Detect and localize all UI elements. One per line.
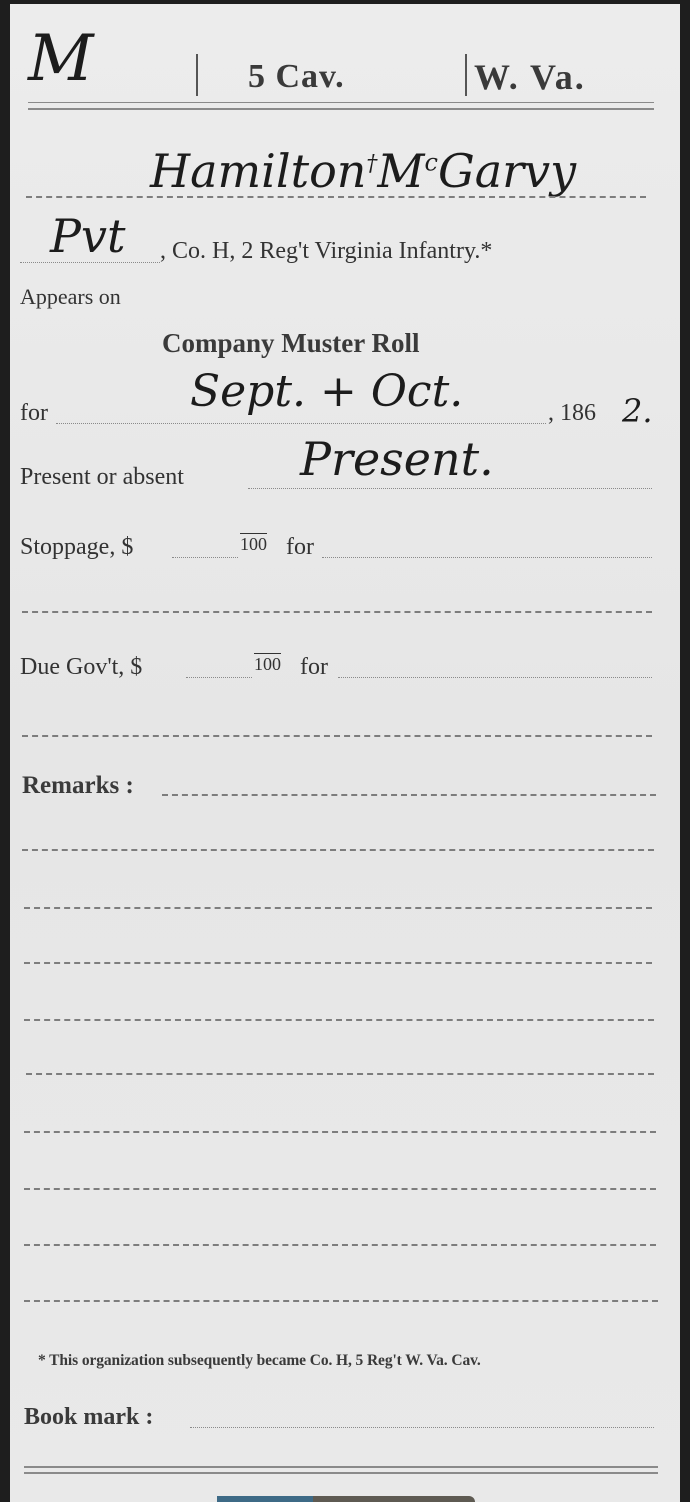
header-divider-2	[465, 54, 467, 96]
due-govt-dollar-line	[186, 677, 252, 678]
book-mark-line	[190, 1427, 654, 1428]
period-line	[56, 423, 546, 424]
presence-line	[248, 488, 652, 489]
toolbar-segment-blue[interactable]	[217, 1496, 313, 1502]
period-label: for	[20, 400, 48, 427]
viewer-toolbar-edge[interactable]	[217, 1496, 475, 1502]
year-suffix: 2.	[622, 392, 653, 430]
due-govt-label: Due Gov't, $	[20, 654, 142, 681]
book-mark-label: Book mark :	[24, 1404, 153, 1431]
due-govt-for-line	[338, 677, 652, 678]
name-first: Hamilton	[150, 144, 366, 198]
presence-label: Present or absent	[20, 464, 184, 491]
remarks-line-4	[24, 1019, 654, 1021]
stoppage-cents: 100	[240, 534, 267, 555]
remarks-line-7	[24, 1188, 656, 1190]
rank-line	[20, 262, 160, 263]
name-mark: †	[366, 152, 377, 177]
bottom-rule-1	[24, 1466, 658, 1468]
remarks-line-1	[22, 849, 654, 851]
stoppage-for-line	[322, 557, 652, 558]
name-last: McGarvy	[377, 144, 576, 198]
due-govt-cents: 100	[254, 654, 281, 675]
remarks-line-8	[24, 1244, 656, 1246]
roll-type: Company Muster Roll	[162, 328, 420, 359]
remarks-label: Remarks :	[22, 772, 134, 800]
muster-card: M 5 Cav. W. Va. Hamilton†McGarvy Pvt , C…	[10, 4, 680, 1502]
bottom-rule-2	[24, 1472, 658, 1474]
stoppage-for: for	[286, 534, 314, 561]
year-prefix: , 186	[548, 400, 596, 427]
stoppage-dollar-line	[172, 557, 238, 558]
header-rule-2	[28, 108, 654, 110]
stoppage-line-2	[22, 611, 652, 613]
appears-on-label: Appears on	[20, 284, 121, 310]
unit-line: , Co. H, 2 Reg't Virginia Infantry.*	[160, 238, 492, 265]
soldier-name: Hamilton†McGarvy	[150, 144, 576, 198]
header-initial: M	[28, 22, 94, 96]
remarks-line-2	[24, 907, 652, 909]
header-divider-1	[196, 54, 198, 96]
period-value: Sept. + Oct.	[190, 366, 463, 417]
due-govt-for: for	[300, 654, 328, 681]
remarks-line-5	[26, 1073, 654, 1075]
header-rule-1	[28, 102, 654, 103]
remarks-line-9	[24, 1300, 658, 1302]
toolbar-segment-gray[interactable]	[313, 1496, 475, 1502]
remarks-line-3	[24, 962, 652, 964]
stoppage-label: Stoppage, $	[20, 534, 133, 561]
rank-value: Pvt	[50, 209, 125, 263]
header-unit: 5 Cav.	[248, 58, 345, 96]
name-line	[26, 196, 646, 198]
due-govt-line-2	[22, 735, 652, 737]
presence-value: Present.	[300, 432, 494, 486]
header-state: W. Va.	[474, 56, 586, 98]
remarks-line-6	[24, 1131, 656, 1133]
footnote: * This organization subsequently became …	[38, 1352, 481, 1370]
remarks-line-0	[162, 794, 656, 796]
